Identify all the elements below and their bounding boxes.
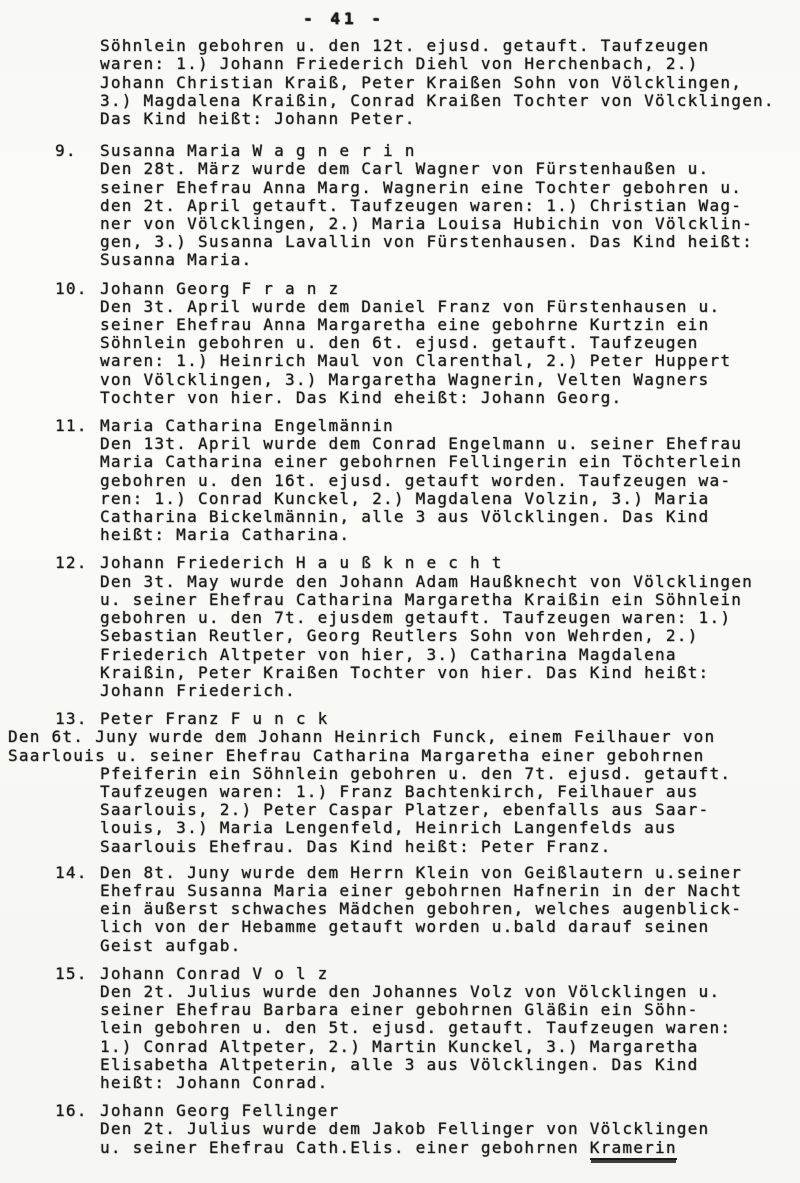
text-line: gen, 3.) Susanna Lavallin von Fürstenhau… <box>100 233 800 251</box>
baptism-entry-15: 15. Johann Conrad V o l z Den 2t. Julius… <box>0 965 800 1092</box>
text-line: Kraißin, Peter Kraißen Tochter von hier.… <box>100 664 800 682</box>
baptism-entry-16: 16. Johann Georg Fellinger Den 2t. Juliu… <box>0 1102 800 1157</box>
text-line: Söhnlein gebohren u. den 6t. ejusd. geta… <box>100 334 800 352</box>
text-line: Das Kind heißt: Johann Peter. <box>100 110 800 128</box>
page-number: - 41 - <box>303 10 800 28</box>
text-line: Den 28t. März wurde dem Carl Wagner von … <box>100 160 800 178</box>
entry-number: 16. <box>55 1102 88 1120</box>
entry-number: 9. <box>55 142 77 160</box>
underlined-name: Kramerin <box>590 1138 677 1160</box>
text-line: Geist aufgab. <box>100 937 800 955</box>
continuation-paragraph: Söhnlein gebohren u. den 12t. ejusd. get… <box>100 37 800 128</box>
entry-body: Johann Conrad V o l z Den 2t. Julius wur… <box>100 965 800 1092</box>
entry-body: Johann Friederich H a u ß k n e c h t De… <box>100 554 800 700</box>
text-line: Friederich Altpeter von hier, 3.) Cathar… <box>100 646 800 664</box>
entry-body: Susanna Maria W a g n e r i n Den 28t. M… <box>100 142 800 269</box>
entry-number: 14. <box>55 864 88 882</box>
entry-body: Maria Catharina Engelmännin Den 13t. Apr… <box>100 417 800 544</box>
text-line: lein gebohren u. den 5t. ejusd. getauft.… <box>100 1019 800 1037</box>
entry-heading: Peter Franz F u n c k <box>100 710 800 728</box>
text-line: seiner Ehefrau Anna Margaretha eine gebo… <box>100 316 800 334</box>
text-line: heißt: Johann Conrad. <box>100 1074 800 1092</box>
text-line: Saarlouis u. seiner Ehefrau Catharina Ma… <box>8 747 800 765</box>
baptism-entry-9: 9. Susanna Maria W a g n e r i n Den 28t… <box>0 142 800 269</box>
text-line: gebohren u. den 16t. ejusd. getauft word… <box>100 472 800 490</box>
text-line: Den 8t. Juny wurde dem Herrn Klein von G… <box>100 864 800 882</box>
entry-number: 12. <box>55 554 88 572</box>
text-line: u. seiner Ehefrau Catharina Margaretha K… <box>100 591 800 609</box>
text-segment: u. seiner Ehefrau Cath.Elis. einer geboh… <box>100 1138 590 1157</box>
text-line: u. seiner Ehefrau Cath.Elis. einer geboh… <box>100 1139 800 1157</box>
text-line: seiner Ehefrau Barbara einer gebohrnen G… <box>100 1001 800 1019</box>
text-line: Pfeiferin ein Söhnlein gebohren u. den 7… <box>100 765 800 783</box>
text-line: Den 3t. April wurde dem Daniel Franz von… <box>100 298 800 316</box>
baptism-entry-10: 10. Johann Georg F r a n z Den 3t. April… <box>0 280 800 407</box>
text-line: Den 2t. Julius wurde dem Jakob Fellinger… <box>100 1120 800 1138</box>
text-line: gebohren u. den 7t. ejusdem getauft. Tau… <box>100 609 800 627</box>
baptism-entry-12: 12. Johann Friederich H a u ß k n e c h … <box>0 554 800 700</box>
text-line: heißt: Maria Catharina. <box>100 526 800 544</box>
text-line: waren: 1.) Heinrich Maul von Clarenthal,… <box>100 352 800 370</box>
text-line: lich von der Hebamme getauft worden u.ba… <box>100 918 800 936</box>
text-line: 3.) Magdalena Kraißin, Conrad Kraißen To… <box>100 92 800 110</box>
text-line: Saarlouis Ehefrau. Das Kind heißt: Peter… <box>100 838 800 856</box>
text-line: Den 2t. Julius wurde den Johannes Volz v… <box>100 983 800 1001</box>
entry-body: Johann Georg F r a n z Den 3t. April wur… <box>100 280 800 407</box>
entry-heading: Johann Conrad V o l z <box>100 965 800 983</box>
text-line: von Völcklingen, 3.) Margaretha Wagnerin… <box>100 371 800 389</box>
entry-body: Johann Georg Fellinger Den 2t. Julius wu… <box>100 1102 800 1157</box>
text-line: Johann Friederich. <box>100 682 800 700</box>
document-page: - 41 - Söhnlein gebohren u. den 12t. eju… <box>0 0 800 1183</box>
text-line: Den 13t. April wurde dem Conrad Engelman… <box>100 435 800 453</box>
text-line: Tochter von hier. Das Kind eheißt: Johan… <box>100 389 800 407</box>
baptism-entry-13: 13. Peter Franz F u n c k Den 6t. Juny w… <box>0 710 800 856</box>
entry-number: 13. <box>55 710 88 728</box>
text-line: Saarlouis, 2.) Peter Caspar Platzer, ebe… <box>100 801 800 819</box>
text-line: ner von Völcklingen, 2.) Maria Louisa Hu… <box>100 215 800 233</box>
text-line: Den 3t. May wurde den Johann Adam Haußkn… <box>100 573 800 591</box>
text-line: Söhnlein gebohren u. den 12t. ejusd. get… <box>100 37 800 55</box>
text-line: 1.) Conrad Altpeter, 2.) Martin Kunckel,… <box>100 1038 800 1056</box>
text-line: Sebastian Reutler, Georg Reutlers Sohn v… <box>100 627 800 645</box>
text-line: louis, 3.) Maria Lengenfeld, Heinrich La… <box>100 819 800 837</box>
text-line: Elisabetha Altpeterin, alle 3 aus Völckl… <box>100 1056 800 1074</box>
entry-heading: Johann Georg Fellinger <box>100 1102 800 1120</box>
entry-number: 15. <box>55 965 88 983</box>
baptism-entry-14: 14. Den 8t. Juny wurde dem Herrn Klein v… <box>0 864 800 955</box>
text-line: Catharina Bickelmännin, alle 3 aus Völck… <box>100 508 800 526</box>
text-line: Susanna Maria. <box>100 251 800 269</box>
entry-number: 10. <box>55 280 88 298</box>
text-line: Taufzeugen waren: 1.) Franz Bachtenkirch… <box>100 783 800 801</box>
entry-heading: Susanna Maria W a g n e r i n <box>100 142 800 160</box>
entry-heading: Maria Catharina Engelmännin <box>100 417 800 435</box>
entry-body: Den 8t. Juny wurde dem Herrn Klein von G… <box>100 864 800 955</box>
text-line: seiner Ehefrau Anna Marg. Wagnerin eine … <box>100 179 800 197</box>
baptism-entry-11: 11. Maria Catharina Engelmännin Den 13t.… <box>0 417 800 544</box>
text-line: waren: 1.) Johann Friederich Diehl von H… <box>100 55 800 73</box>
entry-number: 11. <box>55 417 88 435</box>
text-line: Den 6t. Juny wurde dem Johann Heinrich F… <box>8 728 800 746</box>
text-line: ein äußerst schwaches Mädchen gebohren, … <box>100 900 800 918</box>
entry-heading: Johann Georg F r a n z <box>100 280 800 298</box>
text-line: Ehefrau Susanna Maria einer gebohrnen Ha… <box>100 882 800 900</box>
text-line: Maria Catharina einer gebohrnen Fellinge… <box>100 453 800 471</box>
entry-heading: Johann Friederich H a u ß k n e c h t <box>100 554 800 572</box>
text-line: den 2t. April getauft. Taufzeugen waren:… <box>100 197 800 215</box>
entry-body: Peter Franz F u n c k Den 6t. Juny wurde… <box>100 710 800 856</box>
text-line: Johann Christian Kraiß, Peter Kraißen So… <box>100 74 800 92</box>
text-line: ren: 1.) Conrad Kunckel, 2.) Magdalena V… <box>100 490 800 508</box>
